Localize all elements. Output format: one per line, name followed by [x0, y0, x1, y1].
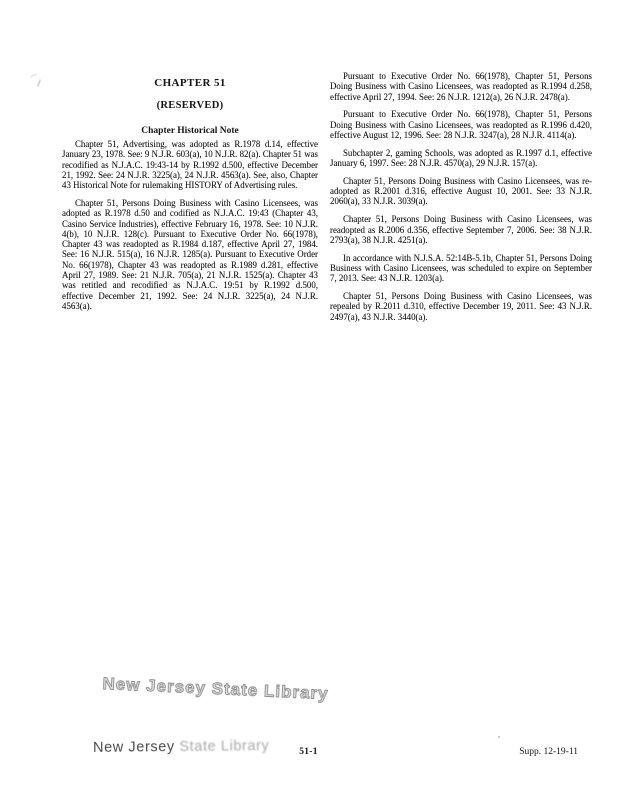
- chapter-title: CHAPTER 51: [62, 77, 318, 89]
- historical-note-paragraph: Pursuant to Executive Order No. 66(1978)…: [330, 109, 592, 140]
- right-column: Pursuant to Executive Order No. 66(1978)…: [330, 71, 592, 329]
- library-stamp: New Jersey State Library: [102, 674, 343, 705]
- historical-note-paragraph: Chapter 51, Persons Doing Business with …: [330, 291, 592, 322]
- scan-artifact: [30, 74, 37, 78]
- reserved-heading: (RESERVED): [62, 100, 318, 111]
- historical-note-paragraph: Chapter 51, Persons Doing Business with …: [330, 214, 592, 245]
- supplement-date: Supp. 12-19-11: [519, 747, 578, 757]
- left-column: CHAPTER 51 (RESERVED) Chapter Historical…: [62, 74, 318, 319]
- scan-artifact: [37, 79, 41, 87]
- scan-artifact: [498, 736, 500, 738]
- historical-note-paragraph: Pursuant to Executive Order No. 66(1978)…: [330, 71, 592, 102]
- document-page: { "document": { "left_column": { "chapte…: [0, 0, 617, 800]
- historical-note-heading: Chapter Historical Note: [62, 126, 318, 136]
- historical-note-paragraph: Chapter 51, Persons Doing Business with …: [62, 198, 318, 311]
- historical-note-paragraph: Chapter 51, Advertising, was adopted as …: [62, 139, 318, 190]
- historical-note-paragraph: Chapter 51, Persons Doing Business with …: [330, 176, 592, 207]
- historical-note-paragraph: Subchapter 2, gaming Schools, was adopte…: [330, 148, 592, 169]
- historical-note-paragraph: In accordance with N.J.S.A. 52:14B-5.1b,…: [330, 253, 592, 284]
